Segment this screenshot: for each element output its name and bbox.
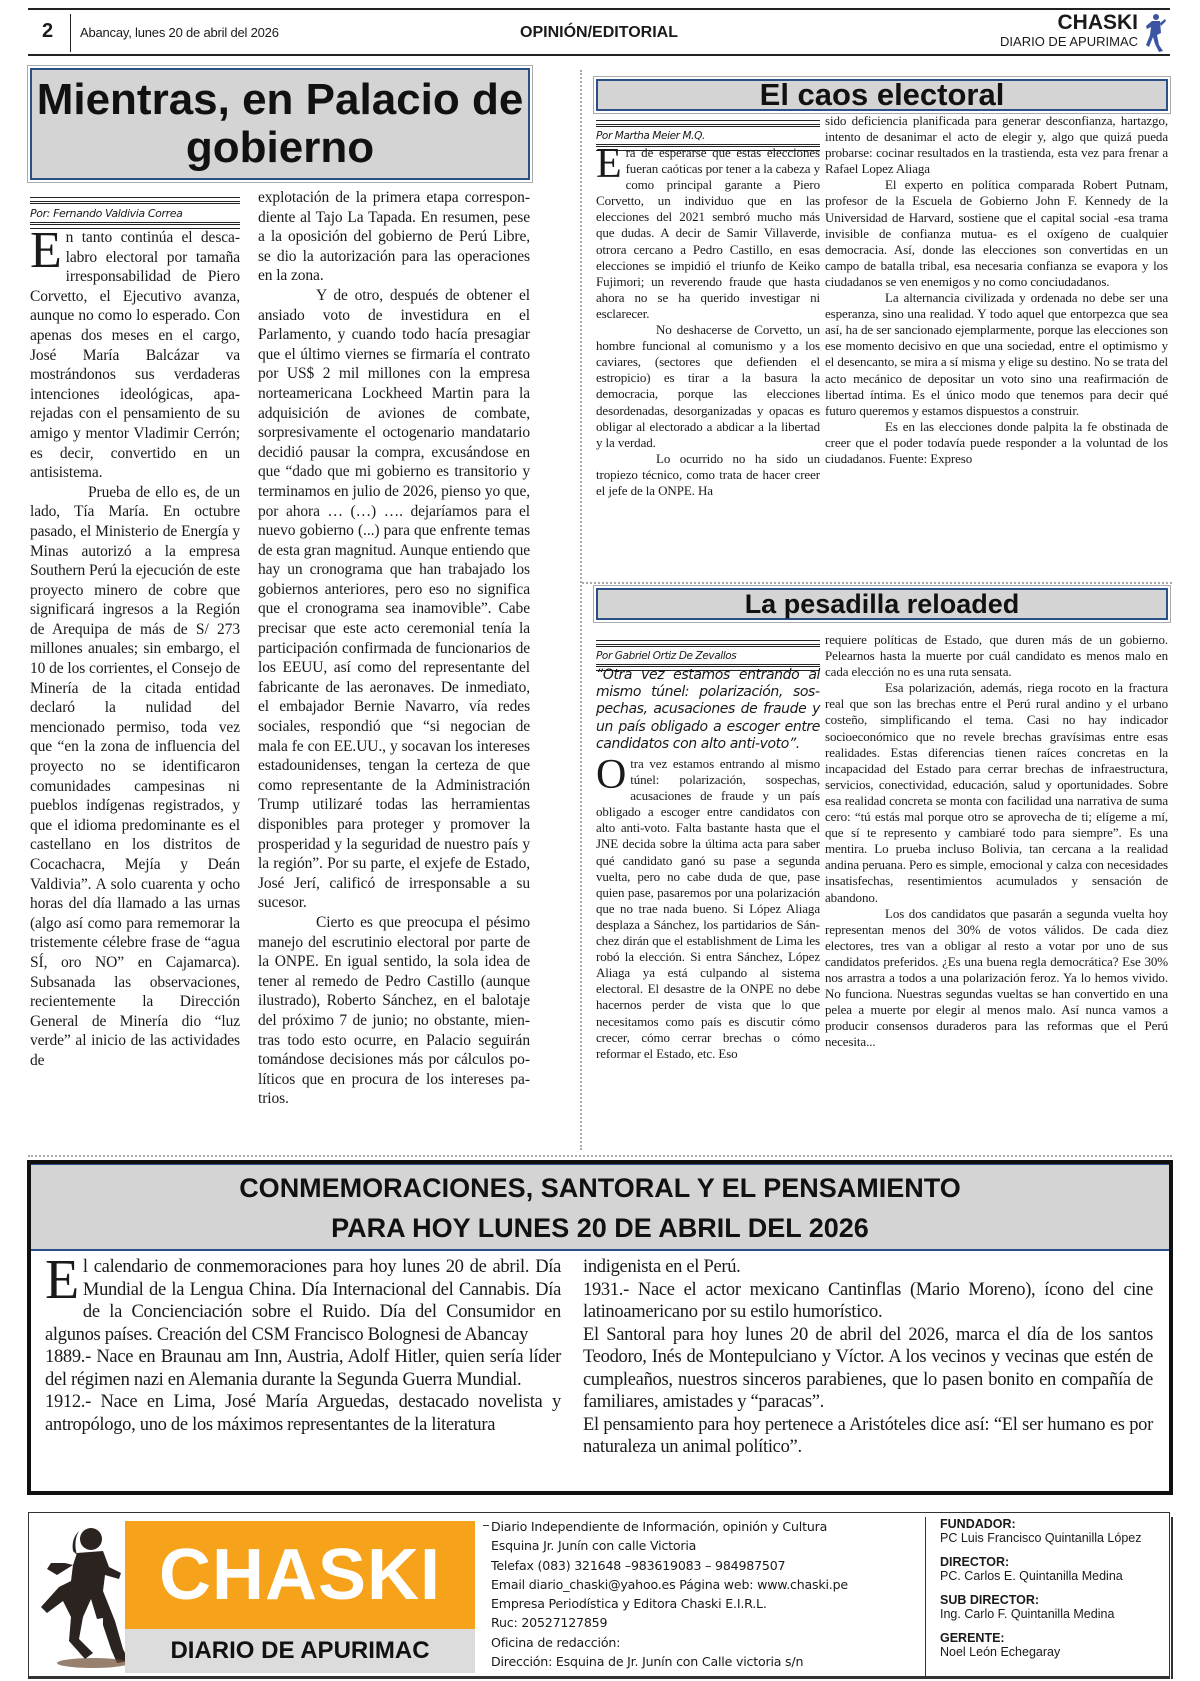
info-line: Diario Independiente de Información, opi… [491, 1517, 931, 1536]
paragraph: Y de otro, después de obtener el an­siad… [258, 286, 530, 913]
paragraph: La alternancia civilizada y ordenada no … [825, 290, 1168, 419]
conmemoraciones-col1: El calendario de conmemoraciones para ho… [45, 1256, 561, 1436]
paragraph: Esa polarización, además, riega rocoto e… [825, 680, 1168, 905]
article-palacio-col2: explotación de la primera etapa correspo… [258, 188, 530, 1109]
article-caos-col2: sido deficiencia planificada para genera… [825, 113, 1168, 467]
staff-role: GERENTE: [940, 1631, 1171, 1645]
info-line: Oficina de redacción: [491, 1633, 931, 1652]
paragraph: Lo ocurrido no ha sido un tropiezo técni… [596, 451, 820, 499]
headline-caos-text: El caos electoral [760, 77, 1005, 113]
staff-name: Noel León Echegaray [940, 1645, 1171, 1659]
paragraph: Los dos candidatos que pasarán a segunda… [825, 906, 1168, 1051]
info-line: Esquina Jr. Junín con calle Victoria [491, 1536, 931, 1555]
paragraph: sido deficiencia planificada para genera… [825, 113, 1168, 177]
staff-item: SUB DIRECTOR: Ing. Carlo F. Quintanilla … [940, 1593, 1171, 1621]
staff-name: PC Luis Francisco Quintanilla López [940, 1531, 1171, 1545]
chaski-runner-illustration-icon [33, 1521, 133, 1671]
section-title: OPINIÓN/EDITORIAL [28, 24, 1170, 42]
staff-item: DIRECTOR: PC. Carlos E. Quintanilla Medi… [940, 1555, 1171, 1583]
conmemoraciones-col2: indigenista en el Perú. 1931.- Nace el a… [583, 1256, 1153, 1459]
page-masthead: 2 Abancay, lunes 20 de abril del 2026 OP… [28, 8, 1170, 56]
conmemoraciones-title: CONMEMORACIONES, SANTORAL Y EL PENSAMIEN… [31, 1164, 1169, 1251]
brand-tagline: DIARIO DE APURIMAC [1000, 34, 1138, 50]
masthead-brand: CHASKI DIARIO DE APURIMAC [1000, 12, 1138, 50]
paragraph: No deshacerse de Cor­vetto, un hombre fu… [596, 322, 820, 451]
staff-name: Ing. Carlo F. Quintanilla Medina [940, 1607, 1171, 1621]
dropcap: E [30, 231, 62, 271]
paragraph: 1889.- Nace en Braunau am Inn, Austria, … [45, 1346, 561, 1391]
section-divider [28, 1155, 1172, 1157]
staff-role: DIRECTOR: [940, 1555, 1171, 1569]
logo-tagline: DIARIO DE APURIMAC [125, 1629, 475, 1673]
paragraph: 1931.- Nace el actor mexicano Cantinflas… [583, 1279, 1153, 1324]
paragraph: Cierto es que preocupa el pésimo manejo … [258, 913, 530, 1109]
paragraph: requiere políticas de Estado, que duren … [825, 632, 1168, 680]
paragraph: 1912.- Nace en Lima, José María Arguedas… [45, 1391, 561, 1436]
paragraph: l calendario de conmemoraciones para hoy… [45, 1257, 561, 1345]
title-line-1: CONMEMORACIONES, SANTORAL Y EL PENSAMIEN… [31, 1168, 1169, 1208]
byline-palacio-text: Por: Fernando Valdivia Correa [30, 207, 182, 220]
lead-quote: “Otra vez estamos entrando al mismo túne… [596, 667, 820, 753]
title-line-2: PARA HOY LUNES 20 DE ABRIL DEL 2026 [31, 1208, 1169, 1248]
dropcap: E [596, 148, 622, 180]
headline-palacio-text: Mientras, en Palacio de gobierno [32, 76, 528, 172]
info-line: Dirección: Esquina de Jr. Junín con Call… [491, 1652, 931, 1671]
paragraph: explotación de la primera etapa correspo… [258, 188, 530, 286]
headline-palacio: Mientras, en Palacio de gobierno [30, 68, 530, 180]
paragraph: El pensamiento para hoy pertenece a Aris… [583, 1414, 1153, 1459]
byline-pesadilla: Por Gabriel Ortiz De Zevallos [596, 644, 820, 667]
staff-role: FUNDADOR: [940, 1517, 1171, 1531]
headline-caos: El caos electoral [596, 79, 1168, 111]
info-line: Telefax (083) 321648 –983619083 – 984987… [491, 1556, 931, 1575]
paragraph: ra de esperarse que estas elec­ciones fu… [596, 145, 820, 321]
section-divider [582, 582, 1172, 584]
staff-name: PC. Carlos E. Quintanilla Medina [940, 1569, 1171, 1583]
runner-logo-icon [1144, 13, 1166, 53]
paragraph: El Santoral para hoy lunes 20 de abril d… [583, 1324, 1153, 1414]
article-caos-col1: Era de esperarse que estas elec­ciones f… [596, 145, 820, 499]
conmemoraciones-box: CONMEMORACIONES, SANTORAL Y EL PENSAMIEN… [27, 1160, 1173, 1495]
dropcap: E [45, 1258, 79, 1302]
staff-item: FUNDADOR: PC Luis Francisco Quintanilla … [940, 1517, 1171, 1545]
staff-directory: FUNDADOR: PC Luis Francisco Quintanilla … [925, 1517, 1173, 1679]
article-pesadilla-col1: “Otra vez estamos entrando al mismo túne… [596, 667, 820, 1062]
brand-name: CHASKI [1000, 12, 1138, 34]
info-line: Empresa Periodística y Editora Chaski E.… [491, 1594, 931, 1613]
staff-role: SUB DIRECTOR: [940, 1593, 1171, 1607]
byline-caos: Por Martha Meier M.Q. [596, 124, 820, 147]
paragraph: indigenista en el Perú. [583, 1256, 1153, 1279]
headline-pesadilla: La pesadilla reloaded [596, 588, 1168, 620]
paragraph: tra vez estamos entrando al mismo túnel:… [596, 756, 820, 1061]
publisher-footer: CHASKI DIARIO DE APURIMAC Diario Indepen… [28, 1512, 1170, 1679]
info-line: Email diario_chaski@yahoo.es Página web:… [491, 1575, 931, 1594]
paragraph: El experto en política comparada Robert … [825, 177, 1168, 290]
article-pesadilla-col2: requiere políticas de Estado, que duren … [825, 632, 1168, 1050]
article-palacio-col1: En tanto continúa el desca­labro elector… [30, 228, 240, 1071]
info-line: Ruc: 20527127859 [491, 1613, 931, 1632]
publisher-info: Diario Independiente de Información, opi… [491, 1517, 931, 1671]
paragraph: Prueba de ello es, de un lado, Tía María… [30, 483, 240, 1071]
paragraph: Es en las elecciones donde palpita la fe… [825, 419, 1168, 467]
byline-pesadilla-text: Por Gabriel Ortiz De Zevallos [596, 650, 736, 662]
column-divider [580, 70, 582, 1150]
headline-pesadilla-text: La pesadilla reloaded [745, 589, 1020, 620]
dropcap: O [596, 759, 626, 791]
staff-item: GERENTE: Noel León Echegaray [940, 1631, 1171, 1659]
logo-wordmark: CHASKI [125, 1521, 475, 1629]
